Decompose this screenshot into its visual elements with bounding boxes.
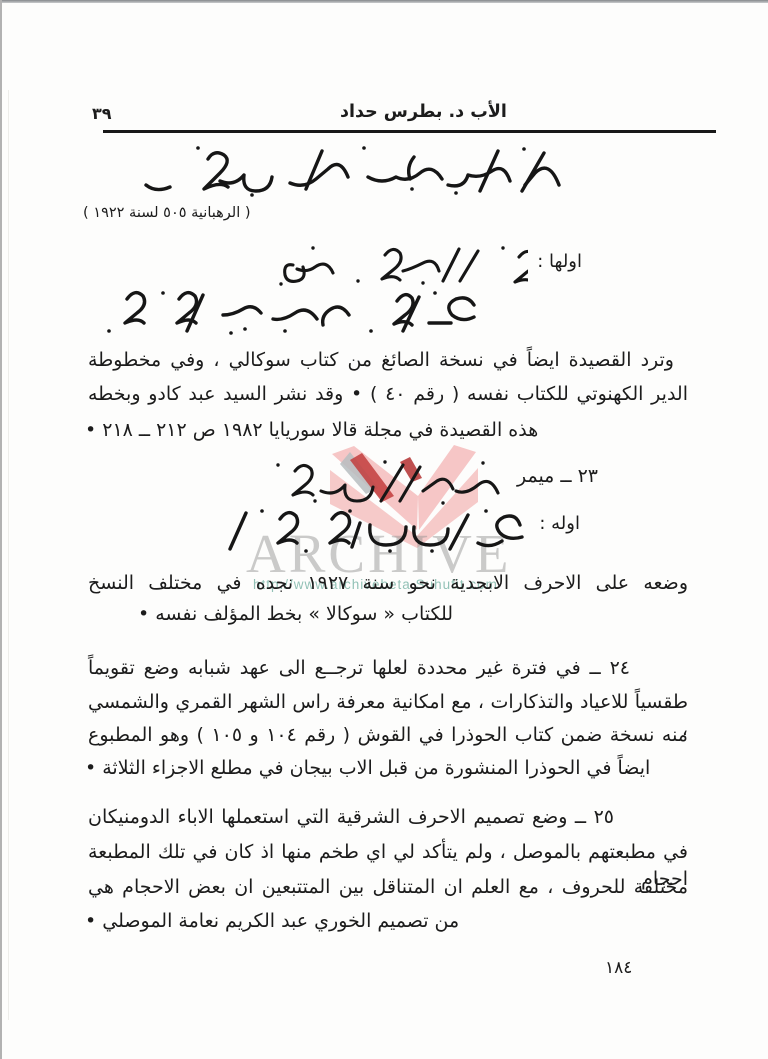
scanned-document-page: ARCHIVE http://www.archivebeta.Suhufit.c…	[0, 0, 768, 1059]
paragraph-line: ٢٥ ــ وضع تصميم الاحرف الشرقية التي استع…	[88, 804, 688, 831]
syriac-incipit-script-2	[210, 507, 530, 555]
page-header-author: الأب د. بطرس حداد	[340, 102, 507, 122]
syriac-item23-script	[253, 459, 508, 505]
top-page-number: ٣٩	[92, 104, 112, 123]
header-rule	[103, 130, 716, 133]
item-23-row: ٢٣ ــ ميمر	[253, 459, 598, 505]
syriac-title-script	[112, 145, 567, 201]
paragraph-line: من تصميم الخوري عبد الكريم نعامة الموصلي…	[85, 908, 459, 935]
paragraph-line: الدير الكهنوتي للكتاب نفسه ( رقم ٤٠ ) • …	[88, 381, 688, 408]
paragraph-line: وضعه على الاحرف الابجدية نحو سنة ١٩٢٧ نج…	[88, 570, 688, 597]
item-23-number: ٢٣ ــ ميمر	[517, 459, 598, 487]
scan-edge-left	[0, 0, 2, 1059]
incipit-row-1: اولها :	[263, 245, 582, 287]
incipit-label-2: اوله :	[539, 507, 580, 534]
paragraph-line: هذه القصيدة في مجلة قالا سوريايا ١٩٨٢ ص …	[85, 417, 538, 444]
scan-edge-top	[0, 0, 768, 3]
paragraph-line: ايضاً في الحوذرا المنشورة من قبل الاب بي…	[85, 755, 650, 782]
paragraph-line: ٢٤ ــ في فترة غير محددة لعلها ترجــع الى…	[88, 655, 688, 682]
paragraph-line: وترد القصيدة ايضاً في نسخة الصائغ من كتا…	[88, 347, 688, 374]
paragraph-line: منه نسخة ضمن كتاب الحوذرا في القوش ( رقم…	[88, 722, 688, 749]
incipit-row-2: اوله :	[210, 507, 580, 555]
paragraph-line: للكتاب « سوكالا » بخط المؤلف نفسه •	[138, 601, 453, 628]
bottom-page-number: ١٨٤	[605, 958, 632, 978]
scan-edge-left-faint	[8, 90, 9, 1020]
manuscript-note: ( الرهبانية ٥٠٥ لسنة ١٩٢٢ )	[83, 205, 251, 221]
paragraph-line: مختلفة للحروف ، مع العلم ان المتناقل بين…	[88, 874, 688, 901]
syriac-incipit-script-1	[263, 245, 528, 287]
syriac-verse-script	[79, 289, 484, 335]
incipit-label-1: اولها :	[537, 245, 582, 272]
